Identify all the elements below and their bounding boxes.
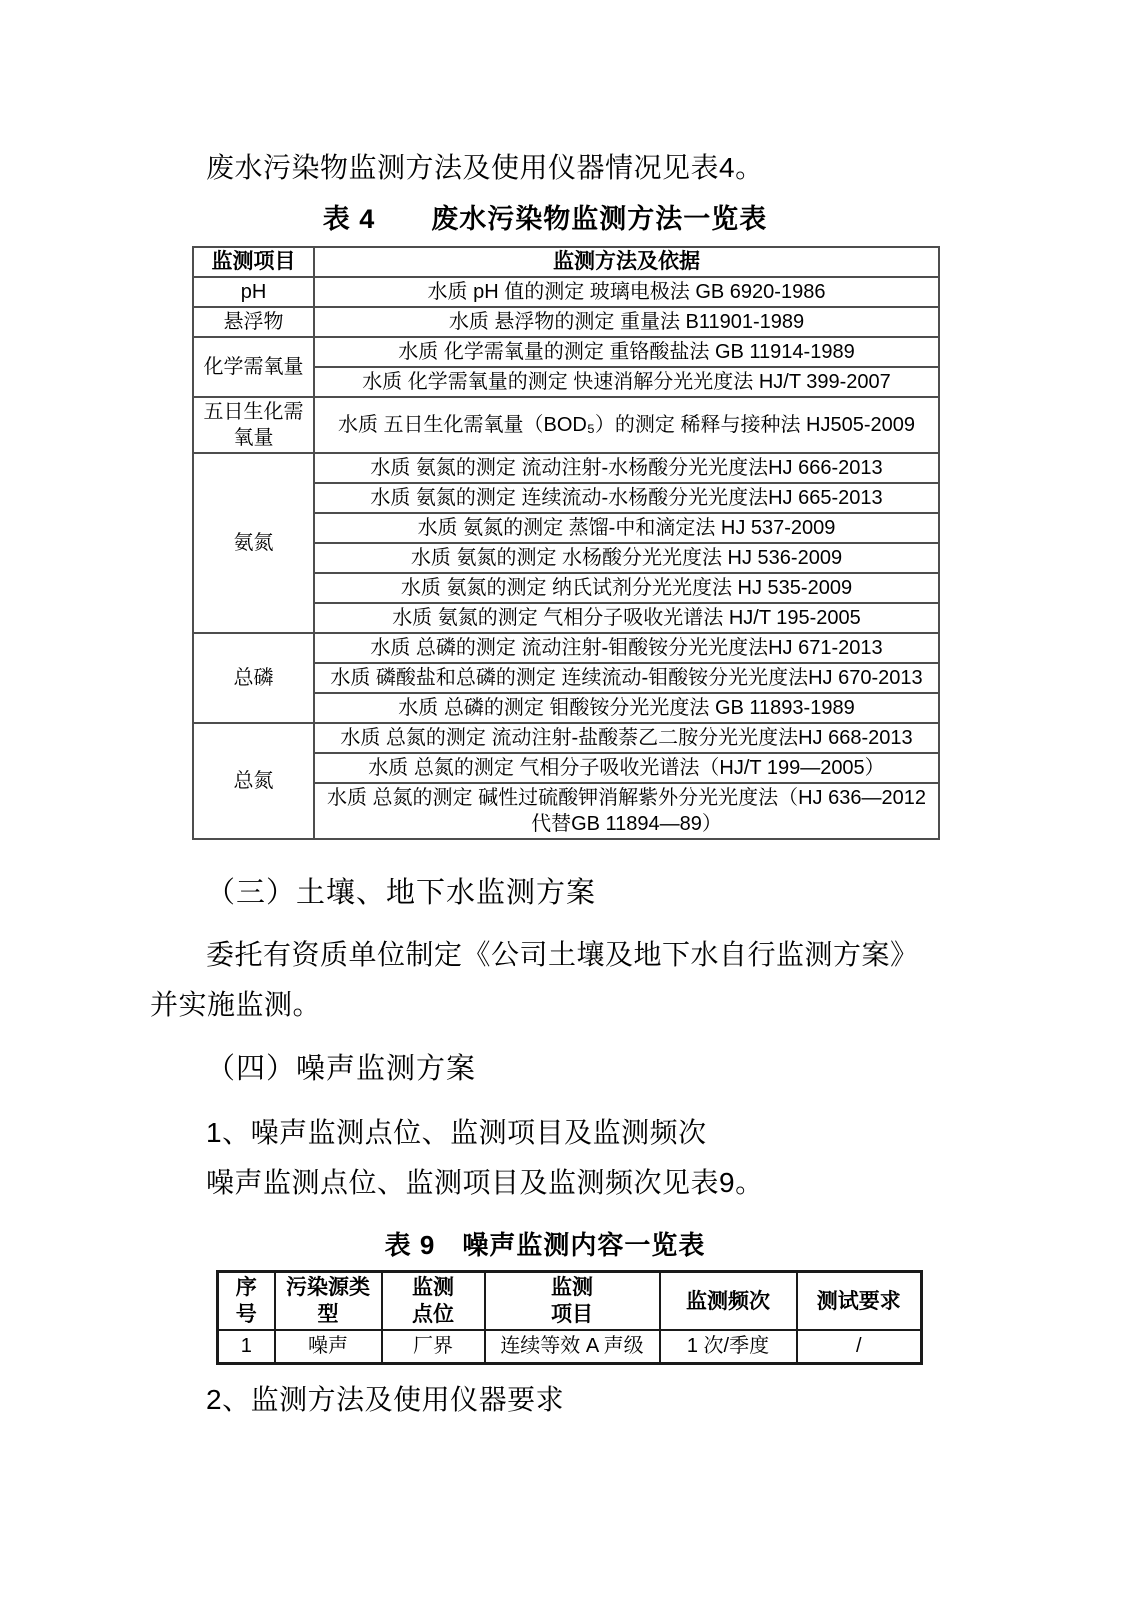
item-cell: 化学需氧量 — [193, 337, 314, 397]
column-header-item: 监测项目 — [485, 1272, 660, 1331]
section4-heading: （四）噪声监测方案 — [150, 1046, 940, 1092]
table-row: 1 噪声 厂界 连续等效 A 声级 1 次/季度 / — [218, 1330, 922, 1363]
table-row: 化学需氧量 水质 化学需氧量的测定 重铬酸盐法 GB 11914-1989 — [193, 337, 939, 367]
item-cell: 总磷 — [193, 633, 314, 723]
noise-item2-heading: 2、监测方法及使用仪器要求 — [150, 1375, 940, 1425]
table4-title: 表 4 废水污染物监测方法一览表 — [150, 199, 940, 239]
method-cell: 水质 总氮的测定 碱性过硫酸钾消解紫外分光光度法（HJ 636—2012 代替G… — [314, 783, 939, 839]
section3-heading: （三）土壤、地下水监测方案 — [150, 870, 940, 916]
column-header-point-label: 监测点位 — [410, 1274, 456, 1328]
method-cell: 水质 总氮的测定 气相分子吸收光谱法（HJ/T 199—2005） — [314, 753, 939, 783]
method-cell: 水质 氨氮的测定 水杨酸分光光度法 HJ 536-2009 — [314, 543, 939, 573]
item-cell: 悬浮物 — [193, 307, 314, 337]
item-cell: 连续等效 A 声级 — [485, 1330, 660, 1363]
method-cell: 水质 氨氮的测定 气相分子吸收光谱法 HJ/T 195-2005 — [314, 603, 939, 633]
column-header-no: 序号 — [218, 1272, 275, 1331]
source-type-cell: 噪声 — [275, 1330, 382, 1363]
method-cell: 水质 氨氮的测定 纳氏试剂分光光度法 HJ 535-2009 — [314, 573, 939, 603]
table-row: 总磷 水质 总磷的测定 流动注射-钼酸铵分光光度法HJ 671-2013 — [193, 633, 939, 663]
column-header-method: 监测方法及依据 — [314, 247, 939, 277]
table-row: 悬浮物 水质 悬浮物的测定 重量法 B11901-1989 — [193, 307, 939, 337]
frequency-cell: 1 次/季度 — [660, 1330, 797, 1363]
item-cell: 五日生化需氧量 — [193, 397, 314, 453]
no-cell: 1 — [218, 1330, 275, 1363]
table4-wastewater-methods: 监测项目 监测方法及依据 pH 水质 pH 值的测定 玻璃电极法 GB 6920… — [192, 246, 940, 840]
requirement-cell: / — [797, 1330, 922, 1363]
item-cell: 总氮 — [193, 723, 314, 839]
column-header-item-label: 监测项目 — [549, 1274, 595, 1328]
method-cell: 水质 化学需氧量的测定 快速消解分光光度法 HJ/T 399-2007 — [314, 367, 939, 397]
document-page: 废水污染物监测方法及使用仪器情况见表4。 表 4 废水污染物监测方法一览表 监测… — [0, 0, 1131, 1600]
table9-title: 表 9 噪声监测内容一览表 — [150, 1226, 940, 1264]
column-header-item: 监测项目 — [193, 247, 314, 277]
method-cell: 水质 化学需氧量的测定 重铬酸盐法 GB 11914-1989 — [314, 337, 939, 367]
point-cell: 厂界 — [382, 1330, 485, 1363]
method-cell: 水质 氨氮的测定 连续流动-水杨酸分光光度法HJ 665-2013 — [314, 483, 939, 513]
table9-noise-monitoring: 序号 污染源类型 监测点位 监测项目 监测频次 测试要求 1 噪声 厂界 连续等… — [216, 1270, 923, 1365]
table-row: 氨氮 水质 氨氮的测定 流动注射-水杨酸分光光度法HJ 666-2013 — [193, 453, 939, 483]
method-cell: 水质 氨氮的测定 流动注射-水杨酸分光光度法HJ 666-2013 — [314, 453, 939, 483]
section3-paragraph: 委托有资质单位制定《公司土壤及地下水自行监测方案》并实施监测。 — [150, 930, 940, 1030]
column-header-no-label: 序号 — [234, 1274, 258, 1328]
method-cell: 水质 总磷的测定 流动注射-钼酸铵分光光度法HJ 671-2013 — [314, 633, 939, 663]
column-header-source-type: 污染源类型 — [275, 1272, 382, 1331]
table-row: pH 水质 pH 值的测定 玻璃电极法 GB 6920-1986 — [193, 277, 939, 307]
method-cell: 水质 悬浮物的测定 重量法 B11901-1989 — [314, 307, 939, 337]
method-cell: 水质 氨氮的测定 蒸馏-中和滴定法 HJ 537-2009 — [314, 513, 939, 543]
method-cell: 水质 五日生化需氧量（BOD₅）的测定 稀释与接种法 HJ505-2009 — [314, 397, 939, 453]
method-cell: 水质 磷酸盐和总磷的测定 连续流动-钼酸铵分光光度法HJ 670-2013 — [314, 663, 939, 693]
table9-header-row: 序号 污染源类型 监测点位 监测项目 监测频次 测试要求 — [218, 1272, 922, 1331]
column-header-point: 监测点位 — [382, 1272, 485, 1331]
method-cell: 水质 总磷的测定 钼酸铵分光光度法 GB 11893-1989 — [314, 693, 939, 723]
noise-item1-heading: 1、噪声监测点位、监测项目及监测频次 — [150, 1108, 940, 1158]
column-header-source-type-label: 污染源类型 — [285, 1274, 371, 1328]
table-row: 五日生化需氧量 水质 五日生化需氧量（BOD₅）的测定 稀释与接种法 HJ505… — [193, 397, 939, 453]
table4-header-row: 监测项目 监测方法及依据 — [193, 247, 939, 277]
noise-item1-text: 噪声监测点位、监测项目及监测频次见表9。 — [150, 1158, 940, 1208]
item-cell: pH — [193, 277, 314, 307]
intro-paragraph: 废水污染物监测方法及使用仪器情况见表4。 — [150, 145, 940, 191]
column-header-requirement: 测试要求 — [797, 1272, 922, 1331]
method-cell: 水质 pH 值的测定 玻璃电极法 GB 6920-1986 — [314, 277, 939, 307]
table-row: 总氮 水质 总氮的测定 流动注射-盐酸萘乙二胺分光光度法HJ 668-2013 — [193, 723, 939, 753]
column-header-frequency: 监测频次 — [660, 1272, 797, 1331]
method-cell: 水质 总氮的测定 流动注射-盐酸萘乙二胺分光光度法HJ 668-2013 — [314, 723, 939, 753]
item-cell: 氨氮 — [193, 453, 314, 633]
